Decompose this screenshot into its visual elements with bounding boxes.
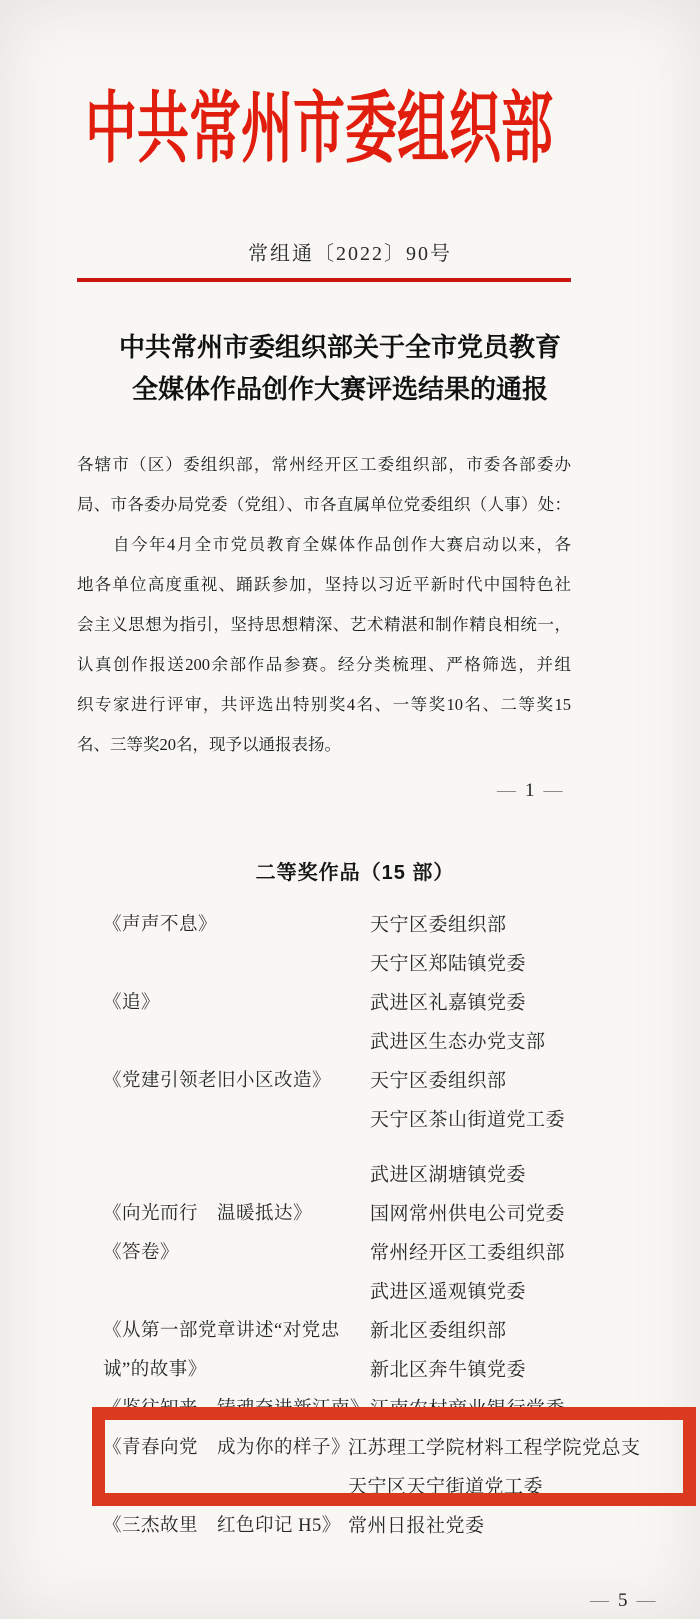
- unit-name: 天宁区茶山街道党工委: [370, 1104, 565, 1131]
- page-number: 5: [618, 1590, 628, 1611]
- unit-name: 江苏理工学院材料工程学院党总支: [348, 1432, 641, 1459]
- unit-name: 武进区湖塘镇党委: [370, 1159, 526, 1186]
- unit-name: 新北区奔牛镇党委: [370, 1354, 526, 1381]
- table-row: 诚”的故事》 新北区奔牛镇党委: [0, 1348, 700, 1387]
- section-heading: 二等奖作品（15 部）: [5, 856, 700, 885]
- unit-name: 天宁区天宁街道党工委: [348, 1471, 543, 1498]
- document-body: 各辖市（区）委组织部，常州经开区工委组织部，市委各部委办 局、市各委办局党委（党…: [77, 445, 571, 765]
- body-line: 地各单位高度重视、踊跃参加，坚持以习近平新时代中国特色社: [77, 565, 571, 605]
- page-number: 1: [525, 780, 535, 801]
- unit-name: 江南农村商业银行党委: [370, 1393, 565, 1420]
- body-line: 自今年4月全市党员教育全媒体作品创作大赛启动以来，各: [77, 525, 571, 565]
- work-title: 《青春向党 成为你的样子》: [103, 1433, 350, 1459]
- table-row: 武进区生态办党支部: [0, 1020, 700, 1059]
- page-1-marker: —1—: [497, 780, 563, 802]
- table-row: 《鉴往知来 铸魂奋进新江南》 江南农村商业银行党委: [0, 1387, 700, 1426]
- work-title: 诚”的故事》: [103, 1355, 207, 1381]
- table-row: 《答卷》 常州经开区工委组织部: [0, 1231, 700, 1270]
- unit-name: 武进区遥观镇党委: [370, 1276, 526, 1303]
- work-title: 《三杰故里 红色印记 H5》: [103, 1511, 341, 1537]
- table-row: 天宁区天宁街道党工委: [0, 1465, 700, 1504]
- table-row: 《从第一部党章讲述“对党忠 新北区委组织部: [0, 1309, 700, 1348]
- work-title: 《答卷》: [103, 1238, 179, 1264]
- body-line: 各辖市（区）委组织部，常州经开区工委组织部，市委各部委办: [77, 445, 571, 485]
- work-title: 《声声不息》: [103, 910, 217, 936]
- red-divider-rule: [77, 278, 571, 282]
- unit-name: 天宁区委组织部: [370, 1065, 507, 1092]
- table-row: 《党建引领老旧小区改造》 天宁区委组织部: [0, 1059, 700, 1098]
- page-marker-dash: —: [590, 1590, 609, 1611]
- table-row: 《青春向党 成为你的样子》 江苏理工学院材料工程学院党总支: [0, 1426, 700, 1465]
- body-line: 认真创作报送200余部作品参赛。经分类梳理、严格筛选，并组: [77, 645, 571, 685]
- table-row: 武进区遥观镇党委: [0, 1270, 700, 1309]
- body-line: 织专家进行评审，共评选出特别奖4名、一等奖10名、二等奖15: [77, 685, 571, 725]
- unit-name: 国网常州供电公司党委: [370, 1198, 565, 1225]
- work-title: 《鉴往知来 铸魂奋进新江南》: [103, 1394, 369, 1420]
- notice-title-line2: 全媒体作品创作大赛评选结果的通报: [0, 369, 680, 411]
- notice-title: 中共常州市委组织部关于全市党员教育 全媒体作品创作大赛评选结果的通报: [0, 327, 680, 411]
- table-row: 武进区湖塘镇党委: [0, 1153, 700, 1192]
- unit-name: 天宁区委组织部: [370, 909, 507, 936]
- work-title: 《追》: [103, 988, 160, 1014]
- unit-name: 常州日报社党委: [348, 1510, 485, 1537]
- notice-title-line1: 中共常州市委组织部关于全市党员教育: [0, 327, 680, 369]
- table-row: 天宁区茶山街道党工委: [0, 1098, 700, 1137]
- unit-name: 天宁区郑陆镇党委: [370, 948, 526, 975]
- table-row: 《三杰故里 红色印记 H5》 常州日报社党委: [0, 1504, 700, 1543]
- unit-name: 常州经开区工委组织部: [370, 1237, 565, 1264]
- table-row: 天宁区郑陆镇党委: [0, 942, 700, 981]
- masthead-title: 中共常州市委组织部: [85, 92, 555, 170]
- work-title: 《从第一部党章讲述“对党忠: [103, 1316, 340, 1342]
- work-title: 《向光而行 温暖抵达》: [103, 1199, 312, 1225]
- unit-name: 武进区生态办党支部: [370, 1026, 546, 1053]
- awards-list: 《声声不息》 天宁区委组织部 天宁区郑陆镇党委 《追》 武进区礼嘉镇党委 武进区…: [0, 903, 700, 1543]
- table-row: 《追》 武进区礼嘉镇党委: [0, 981, 700, 1020]
- unit-name: 武进区礼嘉镇党委: [370, 987, 526, 1014]
- document-scan: 中共常州市委组织部 常组通〔2022〕90号 中共常州市委组织部关于全市党员教育…: [0, 0, 700, 1619]
- page-marker-dash: —: [544, 780, 563, 801]
- page-5-marker: —5—: [590, 1590, 656, 1612]
- body-line: 名、三等奖20名，现予以通报表扬。: [77, 725, 571, 765]
- table-row: 《向光而行 温暖抵达》 国网常州供电公司党委: [0, 1192, 700, 1231]
- table-row: 《声声不息》 天宁区委组织部: [0, 903, 700, 942]
- unit-name: 新北区委组织部: [370, 1315, 507, 1342]
- body-line: 局、市各委办局党委（党组）、市各直属单位党委组织（人事）处：: [77, 485, 571, 525]
- page-marker-dash: —: [497, 780, 516, 801]
- page-marker-dash: —: [637, 1590, 656, 1611]
- doc-number: 常组通〔2022〕90号: [0, 237, 700, 266]
- body-line: 会主义思想为指引，坚持思想精深、艺术精湛和制作精良相统一，: [77, 605, 571, 645]
- work-title: 《党建引领老旧小区改造》: [103, 1066, 331, 1092]
